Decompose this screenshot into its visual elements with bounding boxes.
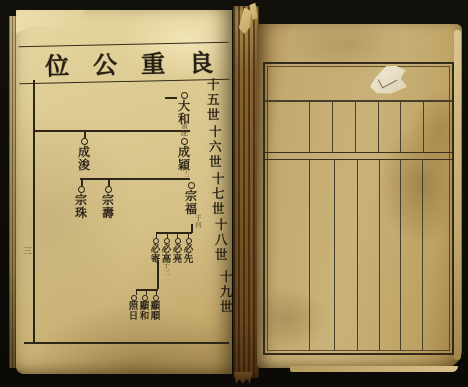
title-char-liang: 良 <box>189 43 214 78</box>
column-rule <box>400 159 401 351</box>
torn-corner <box>16 10 86 36</box>
lineage-circle-icon <box>188 182 195 189</box>
lineage-circle-icon <box>78 186 85 193</box>
column-rule <box>355 102 356 152</box>
ruled-frame <box>263 62 454 355</box>
person-zongzhu: 宗珠 <box>74 186 88 220</box>
title-char-wei: 位 <box>45 46 70 81</box>
tree-tick-zongshou <box>108 178 110 186</box>
person-name: 宗壽 <box>101 194 115 220</box>
person-name: 必先 <box>183 245 194 266</box>
frame-middle-rule <box>265 152 452 160</box>
tree-tick-chengjun <box>84 130 86 138</box>
person-zhaori: 照日 <box>128 295 139 323</box>
title-char-zhong: 重 <box>141 44 166 79</box>
person-name: 成浚 <box>77 146 91 172</box>
column-rule <box>334 159 335 351</box>
column-rule <box>357 159 358 351</box>
person-name: 宗福 <box>184 190 198 216</box>
person-xianhe: 顯和 <box>139 295 150 323</box>
right-page <box>257 24 462 368</box>
right-page-edge <box>454 30 461 360</box>
person-biji: 必寄 <box>150 238 161 266</box>
scrap-ink-mark <box>378 72 398 89</box>
column-rule <box>332 102 333 152</box>
tree-tick-zongzhu <box>81 178 83 186</box>
column-rule <box>400 102 401 152</box>
lineage-circle-icon <box>105 186 112 193</box>
person-bixian: 必先 <box>183 238 194 266</box>
person-chengjun: 成浚 <box>77 138 91 172</box>
book-photo: 位 公 重 良 大和 <box>0 0 468 387</box>
generation-label-15: 十五世 <box>207 78 223 122</box>
lineage-circle-icon <box>181 92 188 99</box>
column-rule <box>309 159 310 351</box>
person-name: 顯和 <box>139 302 150 323</box>
column-rule <box>423 102 424 152</box>
title-char-gong: 公 <box>93 45 118 80</box>
person-name: 必寄 <box>150 245 161 266</box>
generation-label-18: 十八世 <box>215 218 231 262</box>
column-rule <box>379 159 380 351</box>
tree-line-gen16 <box>33 130 190 132</box>
person-note-dahe: 淑配 <box>180 123 189 138</box>
person-zongfu: 宗福 <box>184 182 198 216</box>
book-binding <box>233 6 259 378</box>
under-page-edge <box>290 366 458 372</box>
person-note-zongfu: 子四 <box>194 215 203 230</box>
column-rule <box>422 159 423 351</box>
column-rule <box>378 102 379 152</box>
person-zongshou: 宗壽 <box>101 186 115 220</box>
generation-label-17: 十七世 <box>212 172 228 216</box>
generation-label-16: 十六世 <box>209 125 225 169</box>
tree-line-gen17 <box>80 178 190 180</box>
binding-fray <box>234 372 252 384</box>
column-rule <box>309 102 310 152</box>
person-dahe: 大和 <box>177 92 191 126</box>
folio-number: 三 <box>23 248 33 258</box>
person-name: 照日 <box>128 302 139 323</box>
title-band: 位 公 重 良 <box>19 42 230 84</box>
person-xianshun: 顯順 <box>150 295 161 323</box>
person-name: 顯順 <box>150 302 161 323</box>
chart-left-border <box>33 80 35 344</box>
tree-stub-dahe <box>165 97 177 99</box>
person-note-chengying: 子三 <box>182 167 191 182</box>
person-biliang: 必亮 <box>172 238 183 266</box>
person-name: 宗珠 <box>74 194 88 220</box>
left-page: 位 公 重 良 大和 <box>16 10 232 374</box>
tree-line-gen18 <box>156 232 192 234</box>
lineage-circle-icon <box>81 138 88 145</box>
page-title: 位 公 重 良 <box>45 45 214 79</box>
lineage-circle-icon <box>181 138 188 145</box>
person-note-biji: 子三 <box>162 262 171 277</box>
person-name: 必亮 <box>172 245 183 266</box>
chart-bottom-border <box>24 342 229 344</box>
